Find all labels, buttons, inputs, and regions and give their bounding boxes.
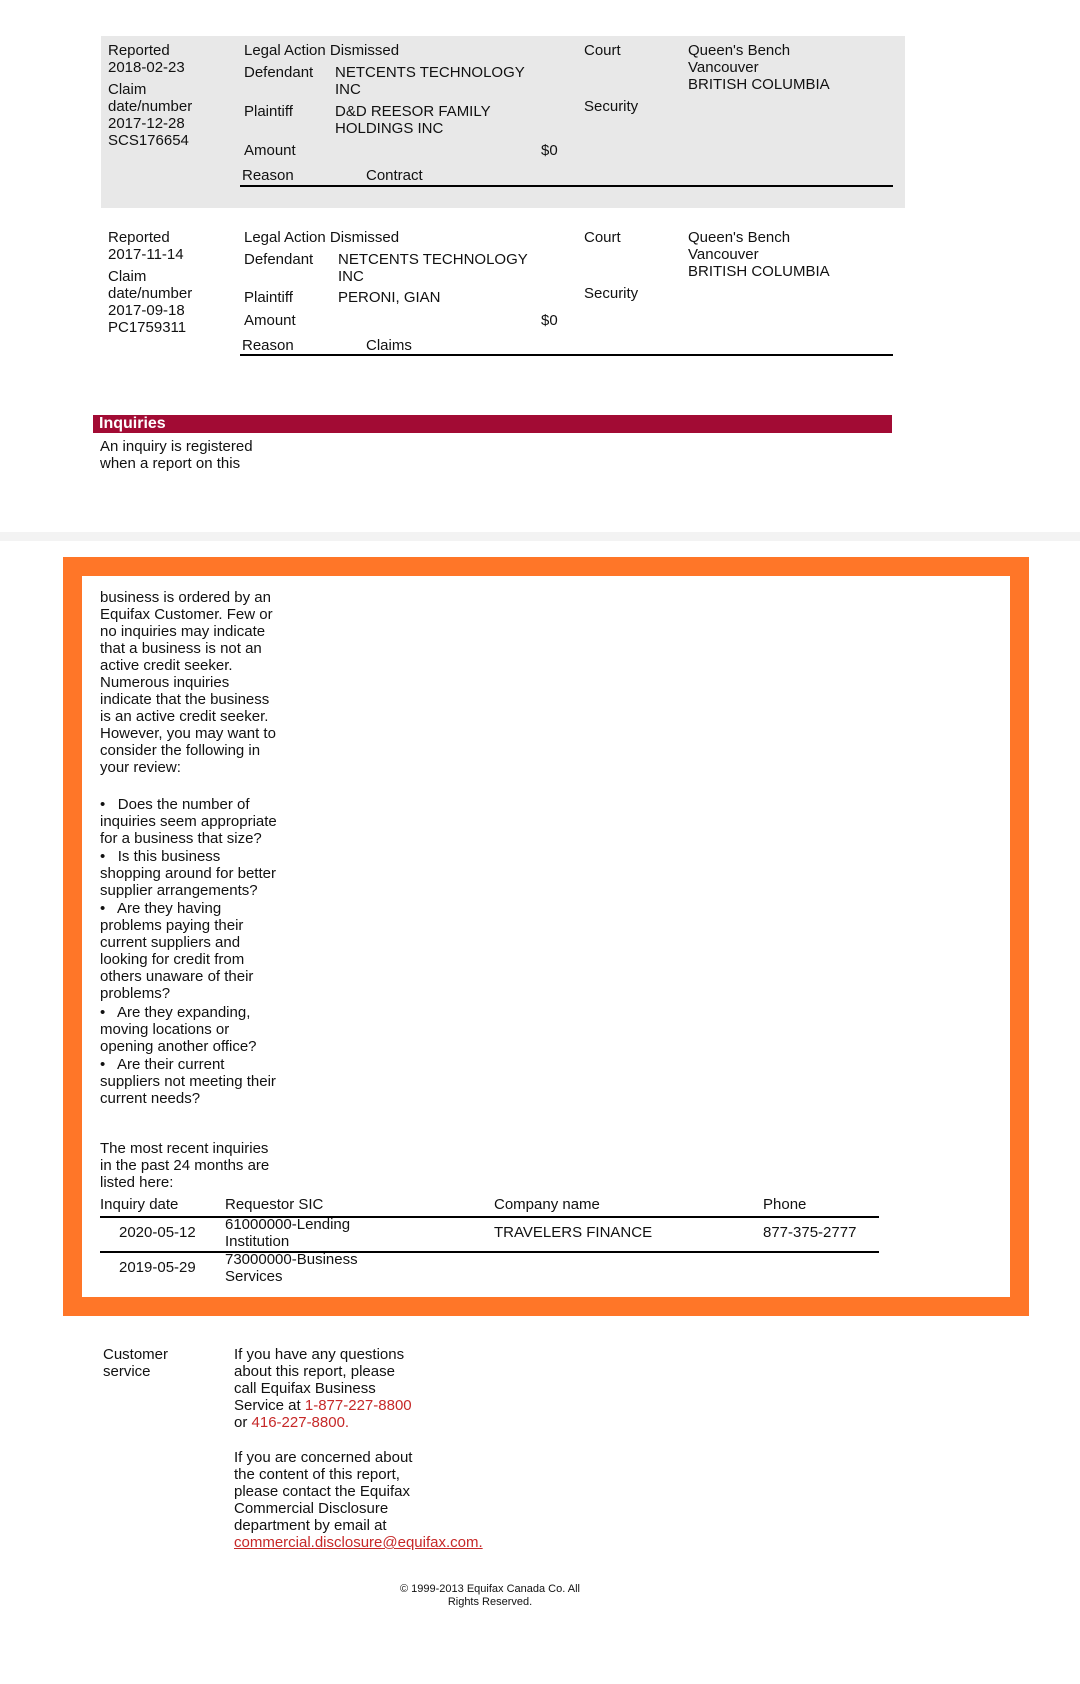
reported-date: 2017-11-14	[108, 246, 184, 263]
reported-label: Reported	[108, 42, 170, 59]
bullet-icon: •	[100, 796, 118, 813]
defendant-value: NETCENTS TECHNOLOGY INC	[338, 251, 528, 285]
plaintiff-label: Plaintiff	[244, 289, 293, 306]
customer-service-text: If you have any questions about this rep…	[234, 1346, 412, 1431]
inquiries-title: Inquiries	[99, 415, 166, 433]
consideration-text: Does the number of inquiries seem approp…	[100, 796, 277, 847]
divider	[240, 354, 893, 356]
amount-label: Amount	[244, 312, 296, 329]
court-label: Court	[584, 42, 621, 59]
claim-number: SCS176654	[108, 132, 189, 149]
bullet-icon: •	[100, 1004, 117, 1021]
defendant-label: Defendant	[244, 64, 313, 81]
claim-number: PC1759311	[108, 319, 186, 336]
phone-link-1[interactable]: 1-877-227-8800	[305, 1397, 412, 1414]
bullet-icon: •	[100, 848, 118, 865]
consideration-item: • Are they having problems paying their …	[100, 900, 253, 1002]
reason-label: Reason	[242, 337, 294, 354]
amount-value: $0	[541, 142, 558, 159]
security-label: Security	[584, 285, 638, 302]
customer-service-label: Customer service	[103, 1346, 168, 1380]
status: Legal Action Dismissed	[244, 42, 399, 59]
reason-value: Contract	[366, 167, 423, 184]
claim-label: Claim date/number	[108, 268, 192, 302]
amount-label: Amount	[244, 142, 296, 159]
bullet-icon: •	[100, 1056, 117, 1073]
requestor-sic: 73000000-Business Services	[225, 1251, 358, 1285]
claim-date: 2017-09-18	[108, 302, 185, 319]
email-link-text[interactable]: commercial.disclosure@equifax.com.	[234, 1534, 483, 1551]
copyright-text: © 1999-2013 Equifax Canada Co. All Right…	[400, 1583, 580, 1608]
header-inquiry-date: Inquiry date	[100, 1196, 178, 1213]
consideration-item: • Are they expanding, moving locations o…	[100, 1004, 257, 1055]
disclosure-text: If you are concerned about the content o…	[234, 1449, 412, 1534]
table-row-rule	[100, 1251, 879, 1253]
phone-link-2[interactable]: 416-227-8800.	[252, 1414, 350, 1431]
court-value: Queen's Bench Vancouver BRITISH COLUMBIA	[688, 229, 830, 280]
plaintiff-value: PERONI, GIAN	[338, 289, 441, 306]
inquiries-intro: An inquiry is registered when a report o…	[100, 438, 253, 472]
inquiry-date: 2019-05-29	[119, 1259, 196, 1276]
inquiry-date: 2020-05-12	[119, 1224, 196, 1241]
inquiries-intro-continued: business is ordered by an Equifax Custom…	[100, 589, 276, 776]
table-header-rule	[100, 1216, 879, 1218]
plaintiff-value: D&D REESOR FAMILY HOLDINGS INC	[335, 103, 491, 137]
page-separator	[0, 532, 1080, 541]
consideration-item: • Does the number of inquiries seem appr…	[100, 796, 277, 847]
defendant-value: NETCENTS TECHNOLOGY INC	[335, 64, 525, 98]
bullet-icon: •	[100, 900, 117, 917]
court-label: Court	[584, 229, 621, 246]
reported-label: Reported	[108, 229, 170, 246]
security-label: Security	[584, 98, 638, 115]
header-company-name: Company name	[494, 1196, 600, 1213]
phone: 877-375-2777	[763, 1224, 856, 1241]
inquiries-section-header: Inquiries	[93, 415, 892, 433]
recent-inquiries-text: The most recent inquiries in the past 24…	[100, 1140, 269, 1191]
consideration-text: Are they expanding, moving locations or …	[100, 1004, 257, 1055]
claim-label: Claim date/number	[108, 81, 192, 115]
consideration-item: • Are their current suppliers not meetin…	[100, 1056, 276, 1107]
or-text: or	[234, 1414, 252, 1431]
plaintiff-label: Plaintiff	[244, 103, 293, 120]
status: Legal Action Dismissed	[244, 229, 399, 246]
reason-label: Reason	[242, 167, 294, 184]
consideration-text: Are they having problems paying their cu…	[100, 900, 253, 1002]
header-requestor-sic: Requestor SIC	[225, 1196, 323, 1213]
consideration-text: Is this business shopping around for bet…	[100, 848, 276, 899]
header-phone: Phone	[763, 1196, 806, 1213]
reason-value: Claims	[366, 337, 412, 354]
divider	[240, 185, 893, 187]
amount-value: $0	[541, 312, 558, 329]
claim-date: 2017-12-28	[108, 115, 185, 132]
email-link[interactable]: commercial.disclosure@equifax.com.	[234, 1534, 483, 1551]
consideration-text: Are their current suppliers not meeting …	[100, 1056, 276, 1107]
reported-date: 2018-02-23	[108, 59, 185, 76]
consideration-item: • Is this business shopping around for b…	[100, 848, 276, 899]
requestor-sic: 61000000-Lending Institution	[225, 1216, 350, 1250]
company-name: TRAVELERS FINANCE	[494, 1224, 652, 1241]
defendant-label: Defendant	[244, 251, 313, 268]
court-value: Queen's Bench Vancouver BRITISH COLUMBIA	[688, 42, 830, 93]
copyright: © 1999-2013 Equifax Canada Co. All Right…	[380, 1583, 600, 1609]
